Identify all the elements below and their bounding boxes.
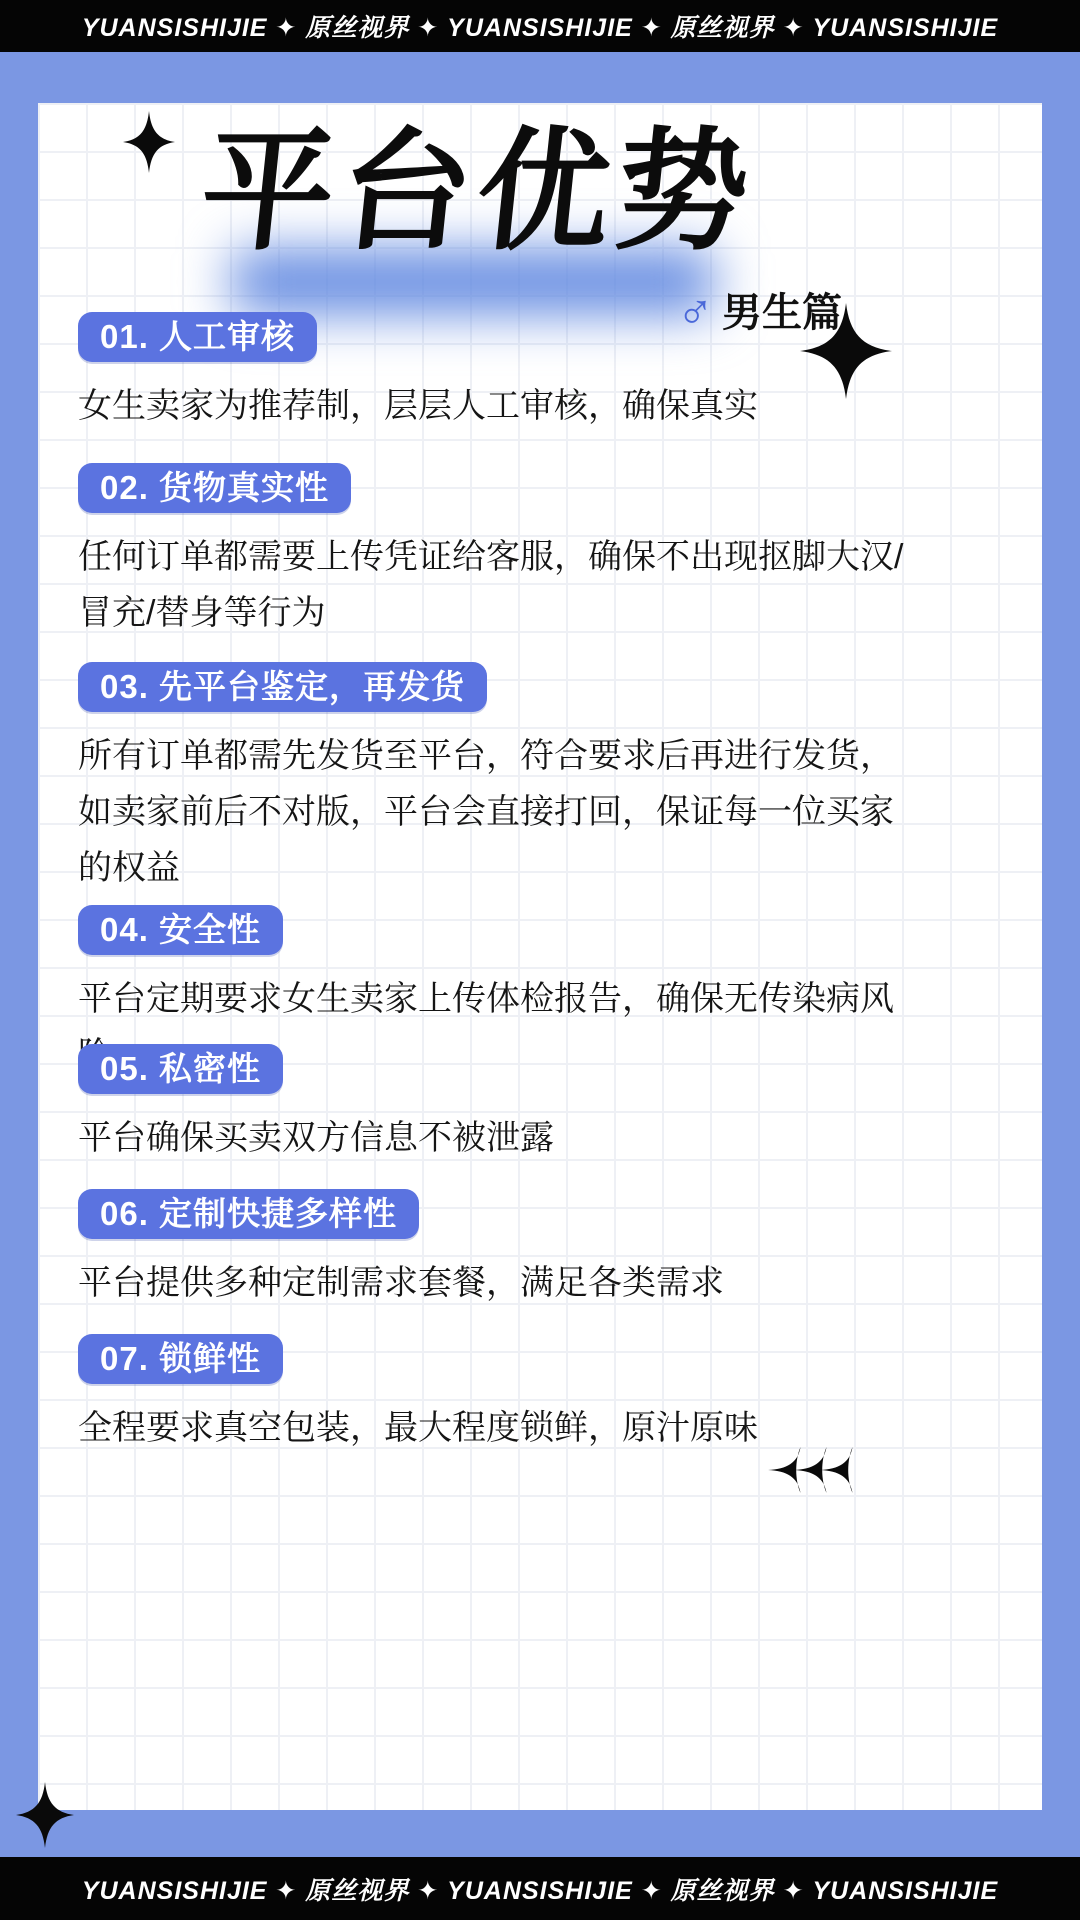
- section-07-badge: 07. 锁鲜性: [78, 1334, 283, 1384]
- section-02-body: 任何订单都需要上传凭证给客服，确保不出现抠脚大汉/冒充/替身等行为: [78, 529, 920, 641]
- header-brand-bar: YUANSISHIJIE ✦ 原丝视界 ✦ YUANSISHIJIE ✦ 原丝视…: [0, 0, 1080, 52]
- footer-brand-text: YUANSISHIJIE ✦ 原丝视界 ✦ YUANSISHIJIE ✦ 原丝视…: [82, 1871, 998, 1907]
- page-title: 平台优势: [193, 109, 762, 274]
- sparkle-star-icon: [123, 111, 175, 173]
- section-06-body: 平台提供多种定制需求套餐，满足各类需求: [78, 1255, 920, 1311]
- section-01-body: 女生卖家为推荐制，层层人工审核，确保真实: [78, 378, 920, 434]
- section-01-badge: 01. 人工审核: [78, 312, 317, 362]
- section-03-badge: 03. 先平台鉴定，再发货: [78, 662, 487, 712]
- back-arrow-icon: [818, 1445, 854, 1495]
- section-06: 06. 定制快捷多样性 平台提供多种定制需求套餐，满足各类需求: [78, 1189, 1002, 1311]
- section-05-body: 平台确保买卖双方信息不被泄露: [78, 1110, 920, 1166]
- section-04-badge: 04. 安全性: [78, 905, 283, 955]
- section-07: 07. 锁鲜性 全程要求真空包装，最大程度锁鲜，原汁原味: [78, 1334, 1002, 1456]
- section-02-badge: 02. 货物真实性: [78, 463, 351, 513]
- section-03-body: 所有订单都需先发货至平台，符合要求后再进行发货，如卖家前后不对版，平台会直接打回…: [78, 728, 920, 896]
- triple-back-arrow-icon: [776, 1445, 854, 1495]
- section-03: 03. 先平台鉴定，再发货 所有订单都需先发货至平台，符合要求后再进行发货，如卖…: [78, 662, 1002, 896]
- section-06-badge: 06. 定制快捷多样性: [78, 1189, 419, 1239]
- header-brand-text: YUANSISHIJIE ✦ 原丝视界 ✦ YUANSISHIJIE ✦ 原丝视…: [82, 8, 998, 44]
- big-star-icon: [800, 303, 892, 399]
- male-symbol-icon: ♂: [677, 285, 715, 335]
- section-05: 05. 私密性 平台确保买卖双方信息不被泄露: [78, 1044, 1002, 1166]
- section-05-badge: 05. 私密性: [78, 1044, 283, 1094]
- sparkle-star-icon: [16, 1782, 74, 1848]
- section-02: 02. 货物真实性 任何订单都需要上传凭证给客服，确保不出现抠脚大汉/冒充/替身…: [78, 463, 1002, 641]
- poster: YUANSISHIJIE ✦ 原丝视界 ✦ YUANSISHIJIE ✦ 原丝视…: [0, 0, 1080, 1920]
- content-panel: 平台优势 ♂ 男生篇 01. 人工审核 女生卖家为推荐制，层层人工审核，确保真实…: [38, 103, 1042, 1810]
- footer-brand-bar: YUANSISHIJIE ✦ 原丝视界 ✦ YUANSISHIJIE ✦ 原丝视…: [0, 1857, 1080, 1920]
